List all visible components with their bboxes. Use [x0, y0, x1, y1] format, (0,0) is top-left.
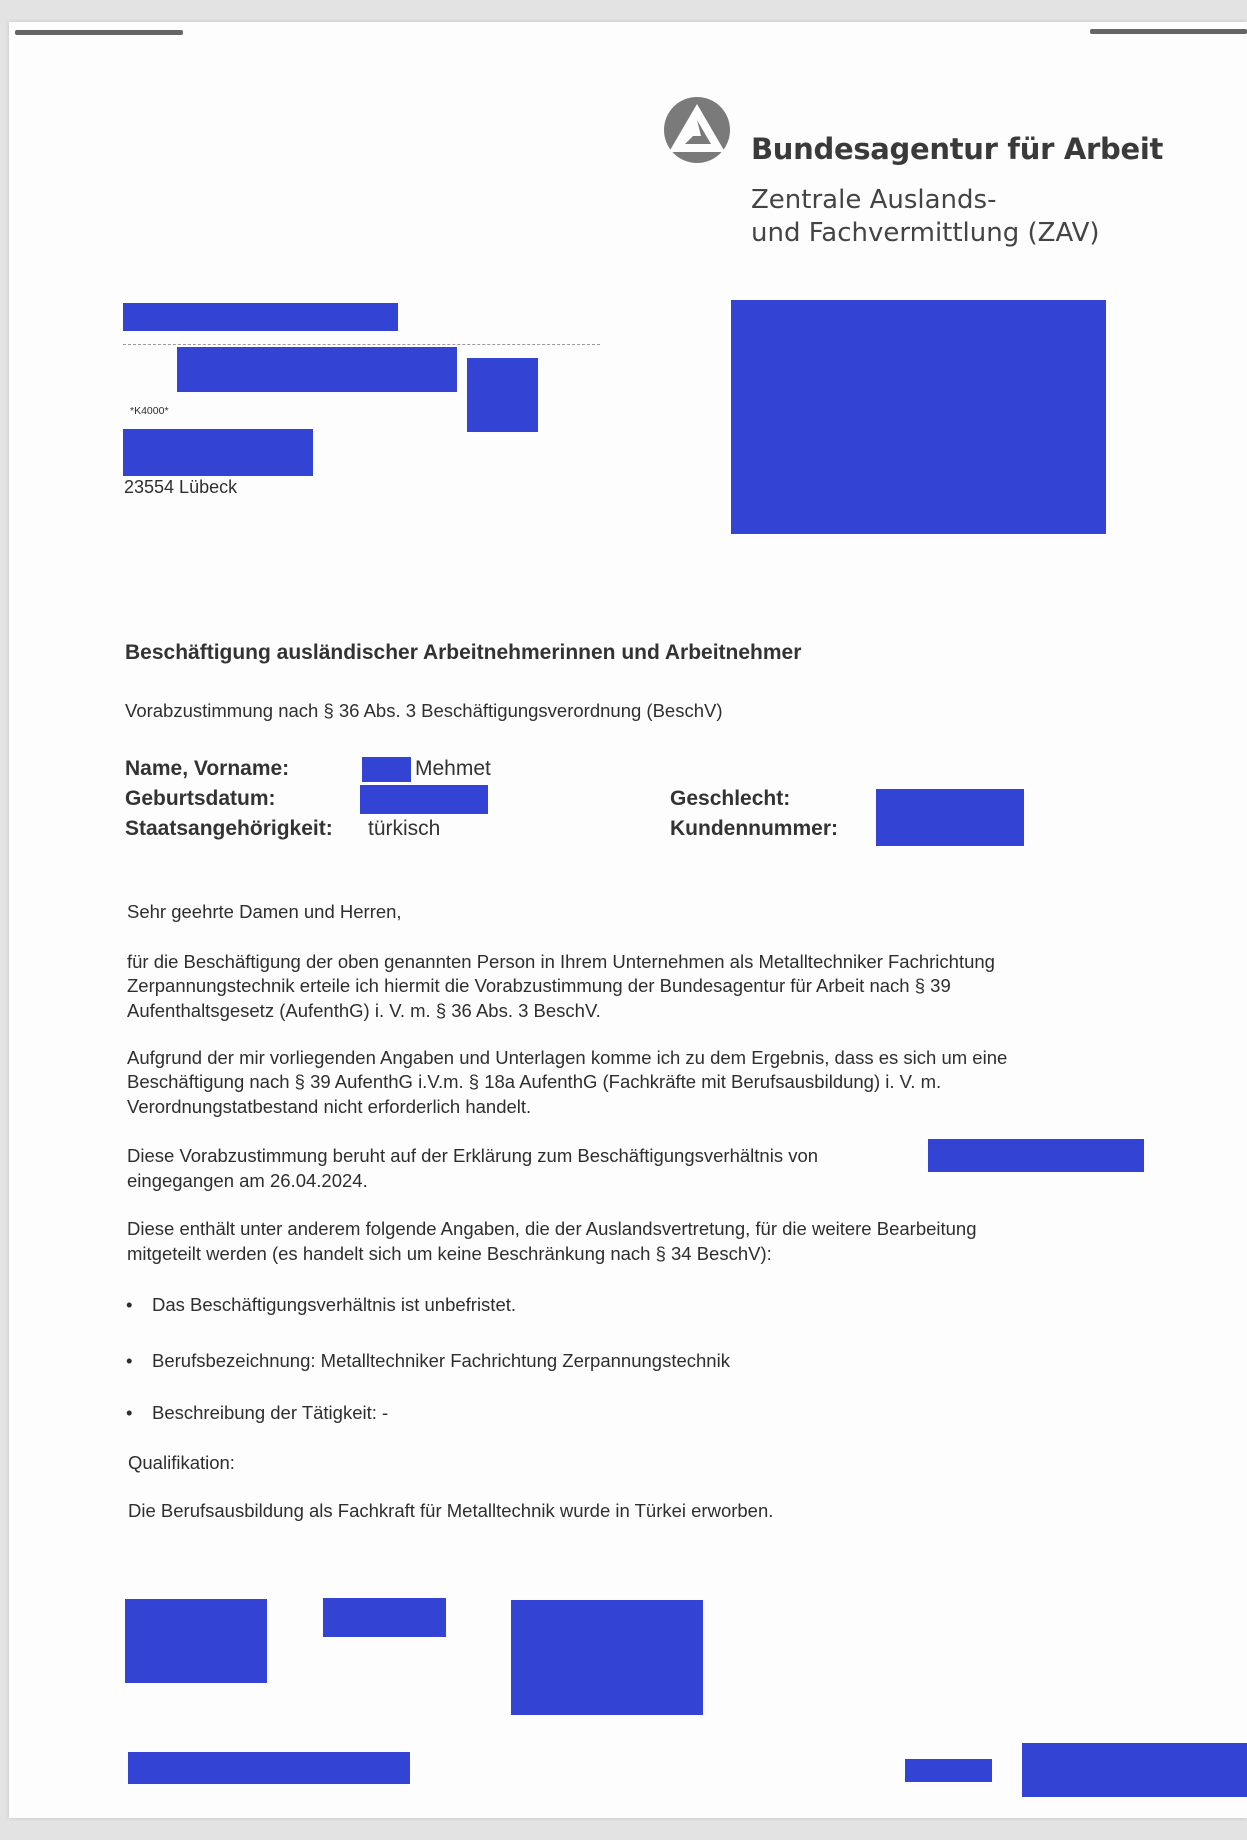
paragraph-line: Verordnungstatbestand nicht erforderlich… — [127, 1096, 531, 1118]
qualification-text: Die Berufsausbildung als Fachkraft für M… — [128, 1500, 773, 1522]
scan-artifact-top-right — [1090, 29, 1247, 34]
redacted-birthdate — [360, 785, 488, 814]
first-name-value: Mehmet — [415, 757, 491, 781]
paragraph-line: mitgeteilt werden (es handelt sich um ke… — [127, 1243, 772, 1265]
subject-title: Beschäftigung ausländischer Arbeitnehmer… — [125, 641, 801, 665]
paragraph-line: Diese enthält unter anderem folgende Ang… — [127, 1218, 977, 1240]
department-line-1: Zentrale Auslands- — [751, 184, 1100, 217]
list-item: Das Beschäftigungsverhältnis ist unbefri… — [152, 1294, 516, 1316]
salutation: Sehr geehrte Damen und Herren, — [127, 901, 402, 923]
address-city: 23554 Lübeck — [124, 477, 237, 498]
nationality-value: türkisch — [368, 817, 440, 841]
paragraph-line: Aufgrund der mir vorliegenden Angaben un… — [127, 1047, 1007, 1069]
customer-number-label: Kundennummer: — [670, 817, 838, 841]
redacted-footer-right — [1022, 1743, 1247, 1797]
gender-label: Geschlecht: — [670, 787, 790, 811]
redacted-recipient-name — [177, 347, 457, 392]
nationality-label: Staatsangehörigkeit: — [125, 817, 333, 841]
redacted-recipient-block — [467, 358, 538, 432]
department-line-2: und Fachvermittlung (ZAV) — [751, 217, 1100, 250]
redacted-employer — [928, 1139, 1144, 1172]
birthdate-label: Geburtsdatum: — [125, 787, 276, 811]
paragraph-line: Beschäftigung nach § 39 AufenthG i.V.m. … — [127, 1071, 941, 1093]
paragraph-line: Zerpannungstechnik erteile ich hiermit d… — [127, 975, 951, 997]
redacted-surname — [362, 757, 411, 782]
redacted-signature-block-2 — [323, 1598, 446, 1637]
name-label: Name, Vorname: — [125, 757, 289, 781]
list-item: Beschreibung der Tätigkeit: - — [152, 1402, 388, 1424]
redacted-signature-block-1 — [125, 1599, 267, 1683]
redacted-contact-box — [731, 300, 1106, 534]
paragraph-line: Aufenthaltsgesetz (AufenthG) i. V. m. § … — [127, 1000, 601, 1022]
address-code: *K4000* — [130, 405, 169, 417]
address-window-rule — [123, 344, 600, 345]
redacted-footer-left — [128, 1752, 410, 1784]
organization-name: Bundesagentur für Arbeit — [751, 132, 1163, 166]
scan-artifact-top-left — [15, 30, 183, 35]
ba-logo-icon — [663, 96, 731, 164]
subject-subtitle: Vorabzustimmung nach § 36 Abs. 3 Beschäf… — [125, 700, 723, 722]
redacted-sender-line — [123, 303, 398, 331]
paragraph-line: eingegangen am 26.04.2024. — [127, 1170, 368, 1192]
qualification-label: Qualifikation: — [128, 1452, 235, 1474]
redacted-street — [123, 429, 313, 476]
paragraph-line: für die Beschäftigung der oben genannten… — [127, 951, 995, 973]
list-item: Berufsbezeichnung: Metalltechniker Fachr… — [152, 1350, 730, 1372]
redacted-gender-customer-number — [876, 789, 1024, 846]
paragraph-line: Diese Vorabzustimmung beruht auf der Erk… — [127, 1145, 818, 1167]
department-name: Zentrale Auslands- und Fachvermittlung (… — [751, 184, 1100, 250]
redacted-footer-small — [905, 1759, 992, 1782]
redacted-signature-block-3 — [511, 1600, 703, 1715]
